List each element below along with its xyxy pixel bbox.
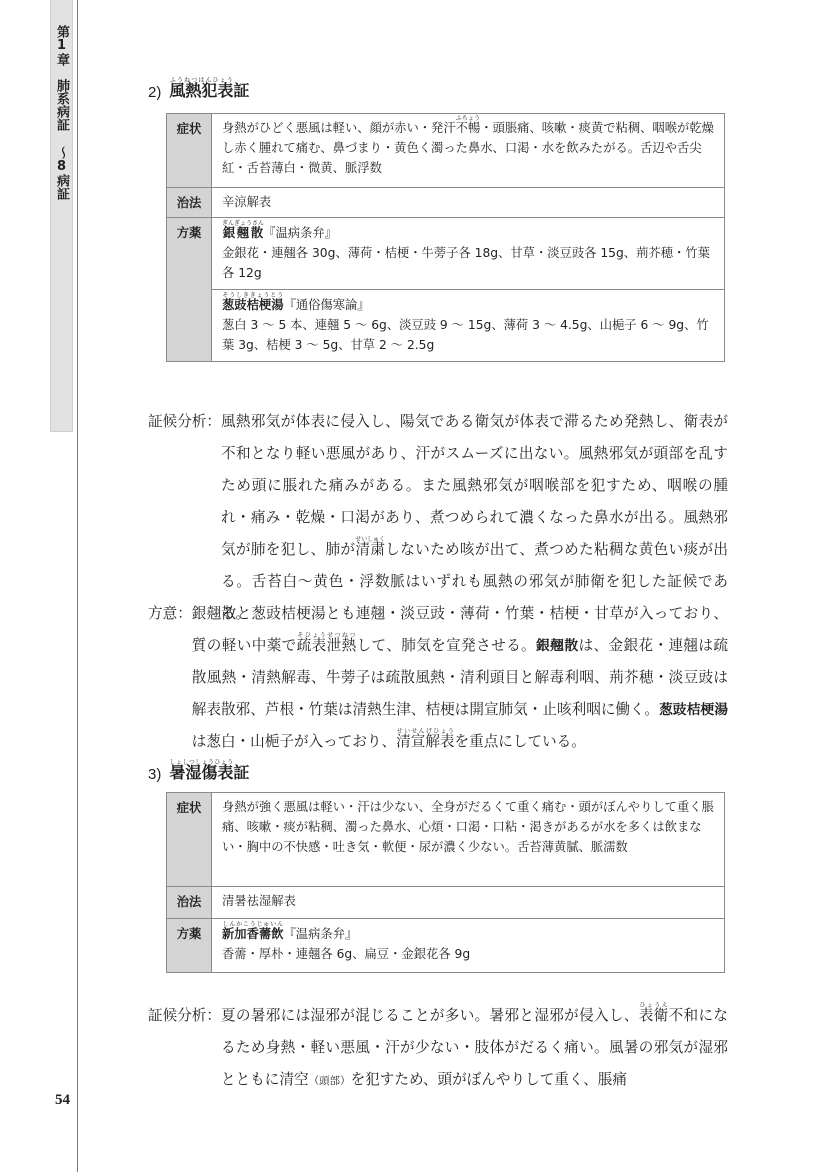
chapter-tab-label: 第1章 肺系病証 〜8病証: [51, 25, 72, 200]
method-cell: 清暑祛湿解表: [212, 887, 725, 919]
formula-name: 葱豉桔梗湯そうしききょうとう: [222, 298, 284, 312]
formula-name: 新加香薷飲しんかこうじゅいん: [222, 927, 284, 941]
chapter-tab: 第1章 肺系病証 〜8病証: [50, 0, 73, 432]
formula-meaning-2: 方意： 銀翹散と葱豉桔梗湯とも連翹・淡豆豉・薄荷・竹葉・桔梗・甘草が入っており、…: [148, 598, 728, 758]
syndrome-analysis-2: 証候分析： 風熱邪気が体表に侵入し、陽気である衛気が体表で滞るため発熱し、衛表が…: [148, 406, 728, 630]
analysis-label: 証候分析：: [148, 406, 221, 630]
analysis-label: 証候分析：: [148, 1000, 221, 1098]
analysis-text: 風熱邪気が体表に侵入し、陽気である衛気が体表で滞るため発熱し、衛表が不和となり軽…: [221, 406, 728, 630]
section-number: 3): [148, 766, 161, 783]
formula-ingredients: 金銀花・連翹各 30g、薄荷・桔梗・牛蒡子各 18g、甘草・淡豆豉各 15g、荊…: [222, 243, 714, 283]
table-row-symptoms: 症状 身熱が強く悪風は軽い・汗は少ない、全身がだるくて重く痛む・頭がぼんやりして…: [167, 793, 725, 887]
syndrome-table-2: 症状 身熱がひどく悪風は軽い、顔が赤い・発汗不暢ふちょう・頭脹痛、咳嗽・痰黄で粘…: [166, 113, 725, 362]
row-label: 治法: [167, 887, 212, 919]
method-cell: 辛涼解表: [212, 188, 725, 218]
gutter-divider: [77, 0, 78, 1172]
section-title-ruby: 風熱犯表ふうねつはんひょう: [169, 78, 233, 101]
formula-source: 『通俗傷寒論』: [284, 298, 370, 312]
formula-source: 『温病条弁』: [284, 927, 358, 941]
table-row-method: 治法 清暑祛湿解表: [167, 887, 725, 919]
row-label: 方薬: [167, 919, 212, 973]
section-heading-2: 2) 風熱犯表ふうねつはんひょう証: [148, 78, 249, 101]
section-title-ruby: 暑湿傷表しょしつしょうひょう: [169, 760, 233, 783]
syndrome-analysis-3: 証候分析： 夏の暑邪には湿邪が混じることが多い。暑邪と湿邪が侵入し、表衛ひょうえ…: [148, 1000, 728, 1098]
formula-name: 銀翹散ぎんぎょうさん: [222, 226, 263, 240]
meaning-label: 方意：: [148, 598, 192, 758]
table-row-formula-2: 葱豉桔梗湯そうしききょうとう『通俗傷寒論』 葱白 3 〜 5 本、連翹 5 〜 …: [167, 290, 725, 362]
row-label: 方薬: [167, 218, 212, 362]
section-title-suffix: 証: [233, 760, 249, 783]
formula-ingredients: 葱白 3 〜 5 本、連翹 5 〜 6g、淡豆豉 9 〜 15g、薄荷 3 〜 …: [222, 315, 714, 355]
table-row-formula-1: 方薬 新加香薷飲しんかこうじゅいん『温病条弁』 香薷・厚朴・連翹各 6g、扁豆・…: [167, 919, 725, 973]
formula-source: 『温病条弁』: [263, 226, 337, 240]
symptoms-cell: 身熱がひどく悪風は軽い、顔が赤い・発汗不暢ふちょう・頭脹痛、咳嗽・痰黄で粘稠、咽…: [212, 114, 725, 188]
section-heading-3: 3) 暑湿傷表しょしつしょうひょう証: [148, 760, 249, 783]
page-number: 54: [48, 1092, 70, 1109]
formula-cell: 新加香薷飲しんかこうじゅいん『温病条弁』 香薷・厚朴・連翹各 6g、扁豆・金銀花…: [212, 919, 725, 973]
row-label: 治法: [167, 188, 212, 218]
table-row-symptoms: 症状 身熱がひどく悪風は軽い、顔が赤い・発汗不暢ふちょう・頭脹痛、咳嗽・痰黄で粘…: [167, 114, 725, 188]
meaning-text: 銀翹散と葱豉桔梗湯とも連翹・淡豆豉・薄荷・竹葉・桔梗・甘草が入っており、質の軽い…: [192, 598, 728, 758]
formula-ingredients: 香薷・厚朴・連翹各 6g、扁豆・金銀花各 9g: [222, 944, 714, 964]
table-row-method: 治法 辛涼解表: [167, 188, 725, 218]
formula-cell: 銀翹散ぎんぎょうさん『温病条弁』 金銀花・連翹各 30g、薄荷・桔梗・牛蒡子各 …: [212, 218, 725, 290]
row-label: 症状: [167, 793, 212, 887]
table-row-formula-1: 方薬 銀翹散ぎんぎょうさん『温病条弁』 金銀花・連翹各 30g、薄荷・桔梗・牛蒡…: [167, 218, 725, 290]
formula-cell: 葱豉桔梗湯そうしききょうとう『通俗傷寒論』 葱白 3 〜 5 本、連翹 5 〜 …: [212, 290, 725, 362]
symptoms-cell: 身熱が強く悪風は軽い・汗は少ない、全身がだるくて重く痛む・頭がぼんやりして重く脹…: [212, 793, 725, 887]
section-number: 2): [148, 84, 161, 101]
syndrome-table-3: 症状 身熱が強く悪風は軽い・汗は少ない、全身がだるくて重く痛む・頭がぼんやりして…: [166, 792, 725, 973]
row-label: 症状: [167, 114, 212, 188]
analysis-text: 夏の暑邪には湿邪が混じることが多い。暑邪と湿邪が侵入し、表衛ひょうえ不和になるた…: [221, 1000, 728, 1098]
section-title-suffix: 証: [233, 78, 249, 101]
